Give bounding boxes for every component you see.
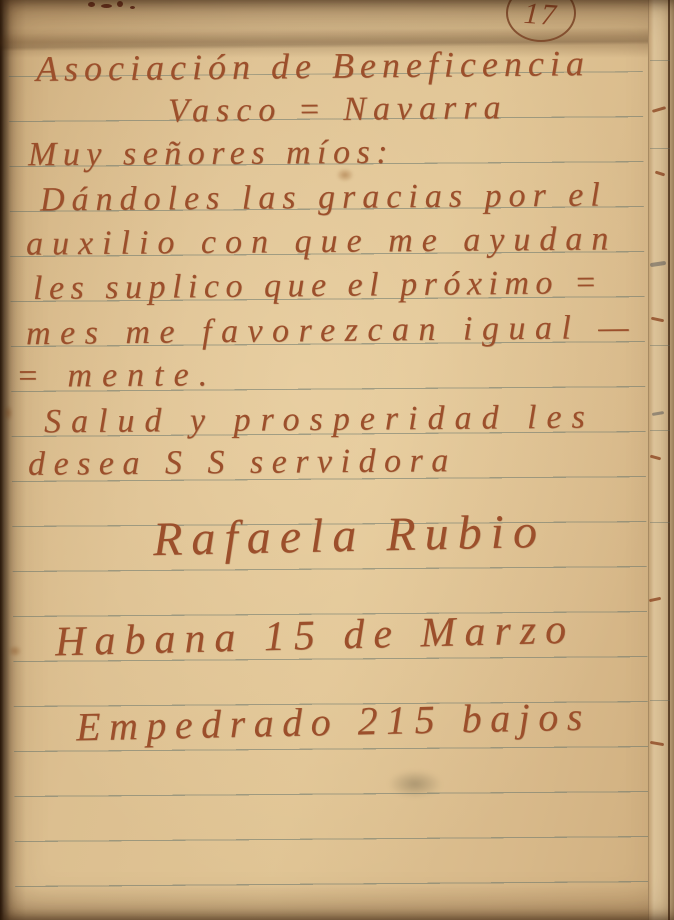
heading-line-2: Vasco = Navarra bbox=[168, 91, 508, 129]
binding-crease bbox=[668, 0, 670, 920]
paper-spot bbox=[3, 405, 13, 421]
ink-blot bbox=[101, 4, 112, 8]
next-page-rule bbox=[650, 60, 670, 61]
next-page-rule bbox=[650, 430, 670, 431]
body-line-1: Dándoles las gracias por el bbox=[40, 179, 607, 218]
next-page-edge bbox=[648, 0, 674, 920]
manuscript-page: 17 Asociación de Beneficencia Vasco = Na… bbox=[0, 0, 674, 920]
ink-blot bbox=[117, 1, 123, 7]
page-number: 17 bbox=[523, 0, 560, 33]
address-line: Empedrado 215 bajos bbox=[76, 697, 592, 748]
body-line-2: auxilio con que me ayudan bbox=[26, 222, 618, 261]
next-page-rule bbox=[650, 522, 670, 523]
next-page-rule bbox=[650, 148, 670, 149]
smudge-stain bbox=[388, 770, 442, 798]
body-line-3: les suplico que el próximo = bbox=[33, 266, 604, 306]
next-page-rule bbox=[650, 700, 670, 701]
next-page-rule bbox=[650, 345, 670, 346]
paper-spot bbox=[8, 645, 22, 657]
body-line-5: = mente. bbox=[16, 358, 217, 393]
closing-line-1: Salud y prosperidad les bbox=[44, 401, 595, 440]
ink-blot bbox=[88, 2, 95, 7]
body-line-4: mes me favorezcan igual — bbox=[26, 311, 638, 351]
ink-blot bbox=[130, 6, 135, 9]
salutation-line: Muy señores míos: bbox=[28, 136, 394, 173]
closing-line-2: desea S S servidora bbox=[28, 444, 457, 482]
signature-line: Rafaela Rubio bbox=[153, 508, 547, 564]
heading-line-1: Asociación de Beneficencia bbox=[36, 45, 590, 87]
